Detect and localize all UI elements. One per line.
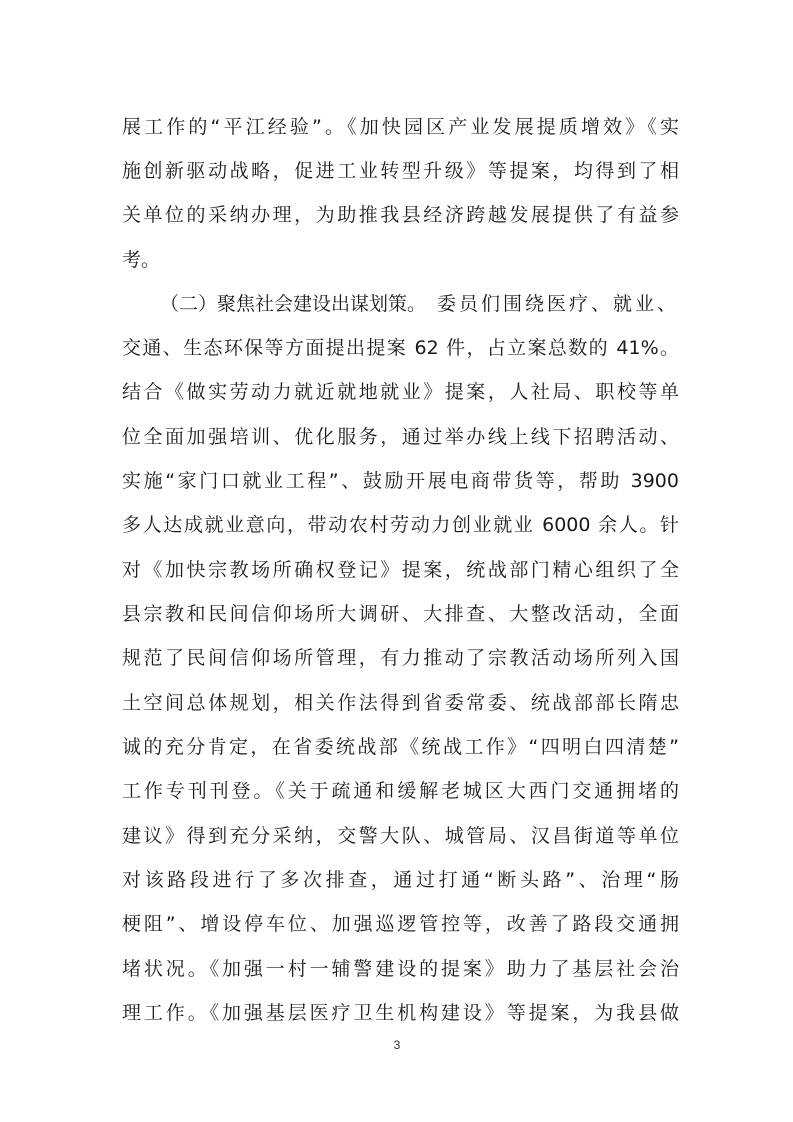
text-line: 考。 xyxy=(122,245,679,275)
text-line: 理工作。《加强基层医疗卫生机构建设》等提案，为我县做 xyxy=(122,998,679,1028)
text-line: 关单位的采纳办理，为助推我县经济跨越发展提供了有益参 xyxy=(122,200,679,230)
text-line: 工作专刊刊登。《关于疏通和缓解老城区大西门交通拥堵的 xyxy=(122,776,679,806)
text-line: 对该路段进行了多次排查，通过打通“断头路”、治理“肠 xyxy=(122,865,679,895)
text-line: 规范了民间信仰场所管理，有力推动了宗教活动场所列入国 xyxy=(122,643,679,673)
paragraph-first-line: （二）聚焦社会建设出谋划策。 委员们围绕医疗、就业、 xyxy=(160,289,679,319)
text-line: 交通、生态环保等方面提出提案 62 件，占立案总数的 41%。 xyxy=(122,333,679,363)
text-line: 位全面加强培训、优化服务，通过举办线上线下招聘活动、 xyxy=(122,422,679,452)
document-page: 展工作的“平江经验”。《加快园区产业发展提质增效》《实 施创新驱动战略，促进工业… xyxy=(0,0,793,1122)
text-line: 土空间总体规划，相关作法得到省委常委、统战部部长隋忠 xyxy=(122,688,679,718)
text-line: 实施“家门口就业工程”、鼓励开展电商带货等，帮助 3900 xyxy=(122,466,679,496)
text-line: 县宗教和民间信仰场所大调研、大排查、大整改活动，全面 xyxy=(122,599,679,629)
text-line: 梗阻”、增设停车位、加强巡逻管控等，改善了路段交通拥 xyxy=(122,909,679,939)
text-line: 多人达成就业意向，带动农村劳动力创业就业 6000 余人。针 xyxy=(122,510,679,540)
text-segment: 委员们围绕医疗、就业、 xyxy=(437,289,679,319)
text-line: 诚的充分肯定，在省委统战部《统战工作》“四明白四清楚” xyxy=(122,732,679,762)
text-line: 展工作的“平江经验”。《加快园区产业发展提质增效》《实 xyxy=(122,112,679,142)
text-line: 堵状况。《加强一村一辅警建设的提案》助力了基层社会治 xyxy=(122,954,679,984)
page-number: 3 xyxy=(387,1038,407,1052)
text-line: 对《加快宗教场所确权登记》提案，统战部门精心组织了全 xyxy=(122,555,679,585)
section-heading: （二）聚焦社会建设出谋划策。 xyxy=(160,289,426,319)
text-line: 建议》得到充分采纳，交警大队、城管局、汉昌街道等单位 xyxy=(122,821,679,851)
text-line: 施创新驱动战略，促进工业转型升级》等提案，均得到了相 xyxy=(122,156,679,186)
text-line: 结合《做实劳动力就近就地就业》提案，人社局、职校等单 xyxy=(122,377,679,407)
